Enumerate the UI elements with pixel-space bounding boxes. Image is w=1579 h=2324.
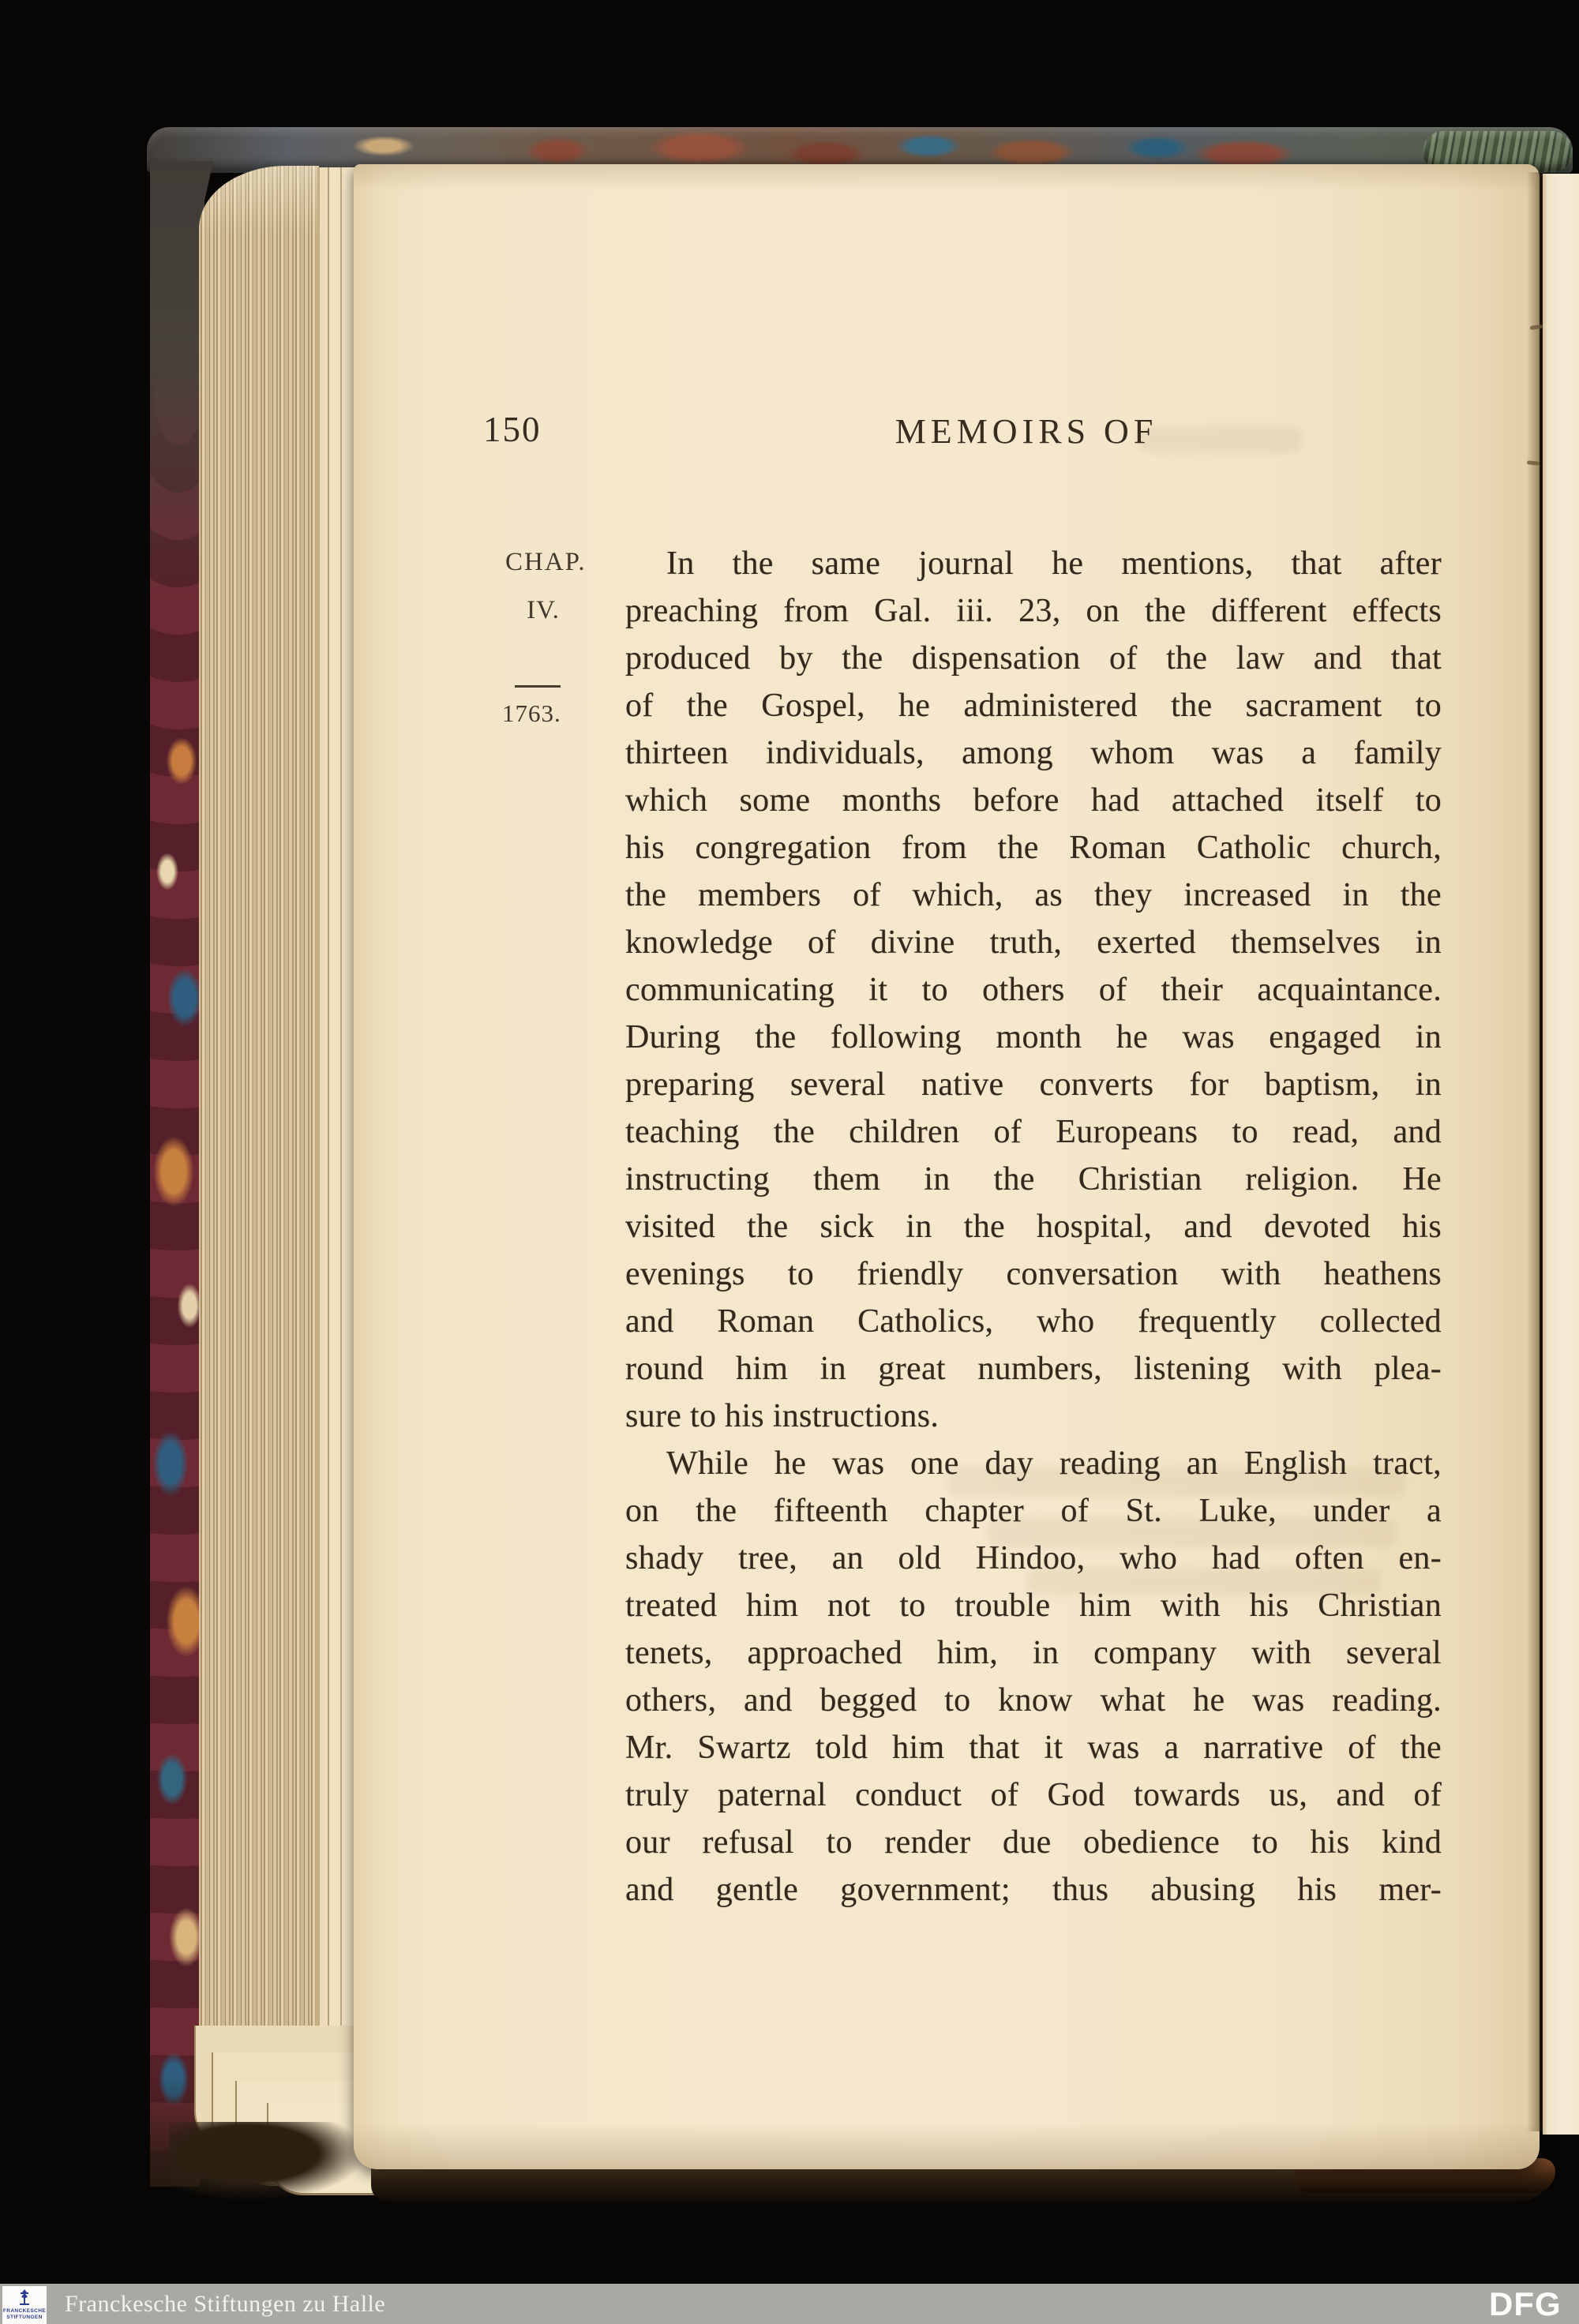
running-head: MEMOIRS OF — [821, 411, 1232, 452]
body-line: sure to his instructions. — [625, 1393, 1442, 1440]
body-line: round him in great numbers, listening wi… — [625, 1345, 1442, 1393]
library-logo: FRANCKESCHE STIFTUNGEN — [2, 2286, 47, 2324]
body-line: visited the sick in the hospital, and de… — [625, 1203, 1442, 1250]
body-line: his congregation from the Roman Catholic… — [625, 824, 1442, 871]
body-line: In the same journal he mentions, that af… — [625, 540, 1442, 587]
margin-chapter-label: CHAP. — [505, 548, 587, 577]
fanned-page-edges — [199, 166, 319, 2177]
body-line: instructing them in the Christian religi… — [625, 1156, 1442, 1203]
body-line: produced by the dispensation of the law … — [625, 635, 1442, 682]
book-bottom-shadow-left — [169, 2122, 366, 2201]
body-line: evenings to friendly conversation with h… — [625, 1250, 1442, 1298]
body-line: Mr. Swartz told him that it was a narrat… — [625, 1724, 1442, 1771]
body-line: treated him not to trouble him with his … — [625, 1582, 1442, 1629]
body-line: truly paternal conduct of God towards us… — [625, 1771, 1442, 1819]
body-line: others, and begged to know what he was r… — [625, 1677, 1442, 1724]
dfg-logo: DFG — [1489, 2284, 1568, 2324]
next-page-sliver — [1543, 174, 1579, 2135]
body-line: thirteen individuals, among whom was a f… — [625, 729, 1442, 777]
inner-page-edges — [317, 167, 357, 2174]
body-line: of the Gospel, he administered the sacra… — [625, 682, 1442, 729]
body-line: shady tree, an old Hindoo, who had often… — [625, 1535, 1442, 1582]
body-line: which some months before had attached it… — [625, 777, 1442, 824]
margin-year: 1763. — [502, 699, 561, 728]
body-line: tenets, approached him, in company with … — [625, 1629, 1442, 1677]
body-line: and gentle government; thus abusing his … — [625, 1866, 1442, 1914]
body-line: knowledge of divine truth, exerted thems… — [625, 919, 1442, 966]
body-line: our refusal to render due obedience to h… — [625, 1819, 1442, 1866]
body-line: the members of which, as they increased … — [625, 871, 1442, 919]
body-text: In the same journal he mentions, that af… — [625, 540, 1442, 1914]
body-line: preaching from Gal. iii. 23, on the diff… — [625, 587, 1442, 635]
margin-rule — [515, 685, 561, 688]
body-line: During the following month he was engage… — [625, 1014, 1442, 1061]
library-logo-text-line2: STIFTUNGEN — [6, 2315, 43, 2321]
body-line: communicating it to others of their acqu… — [625, 966, 1442, 1014]
page-fold-shadow — [1527, 172, 1543, 2131]
library-logo-text-line1: FRANCKESCHE — [3, 2308, 46, 2315]
page-number: 150 — [483, 409, 542, 450]
franckesche-emblem-icon — [14, 2288, 35, 2308]
paragraph-2: While he was one day reading an English … — [625, 1440, 1442, 1914]
body-line: on the fifteenth chapter of St. Luke, un… — [625, 1487, 1442, 1535]
paragraph-1: In the same journal he mentions, that af… — [625, 540, 1442, 1440]
body-line: preparing several native converts for ba… — [625, 1061, 1442, 1108]
scanned-book-viewer: 150 MEMOIRS OF CHAP. IV. 1763. In the sa… — [0, 0, 1579, 2324]
library-name: Franckesche Stiftungen zu Halle — [65, 2284, 385, 2324]
margin-chapter-numeral: IV. — [505, 596, 581, 625]
body-line: and Roman Catholics, who frequently coll… — [625, 1298, 1442, 1345]
body-line: teaching the children of Europeans to re… — [625, 1108, 1442, 1156]
body-line: While he was one day reading an English … — [625, 1440, 1442, 1487]
